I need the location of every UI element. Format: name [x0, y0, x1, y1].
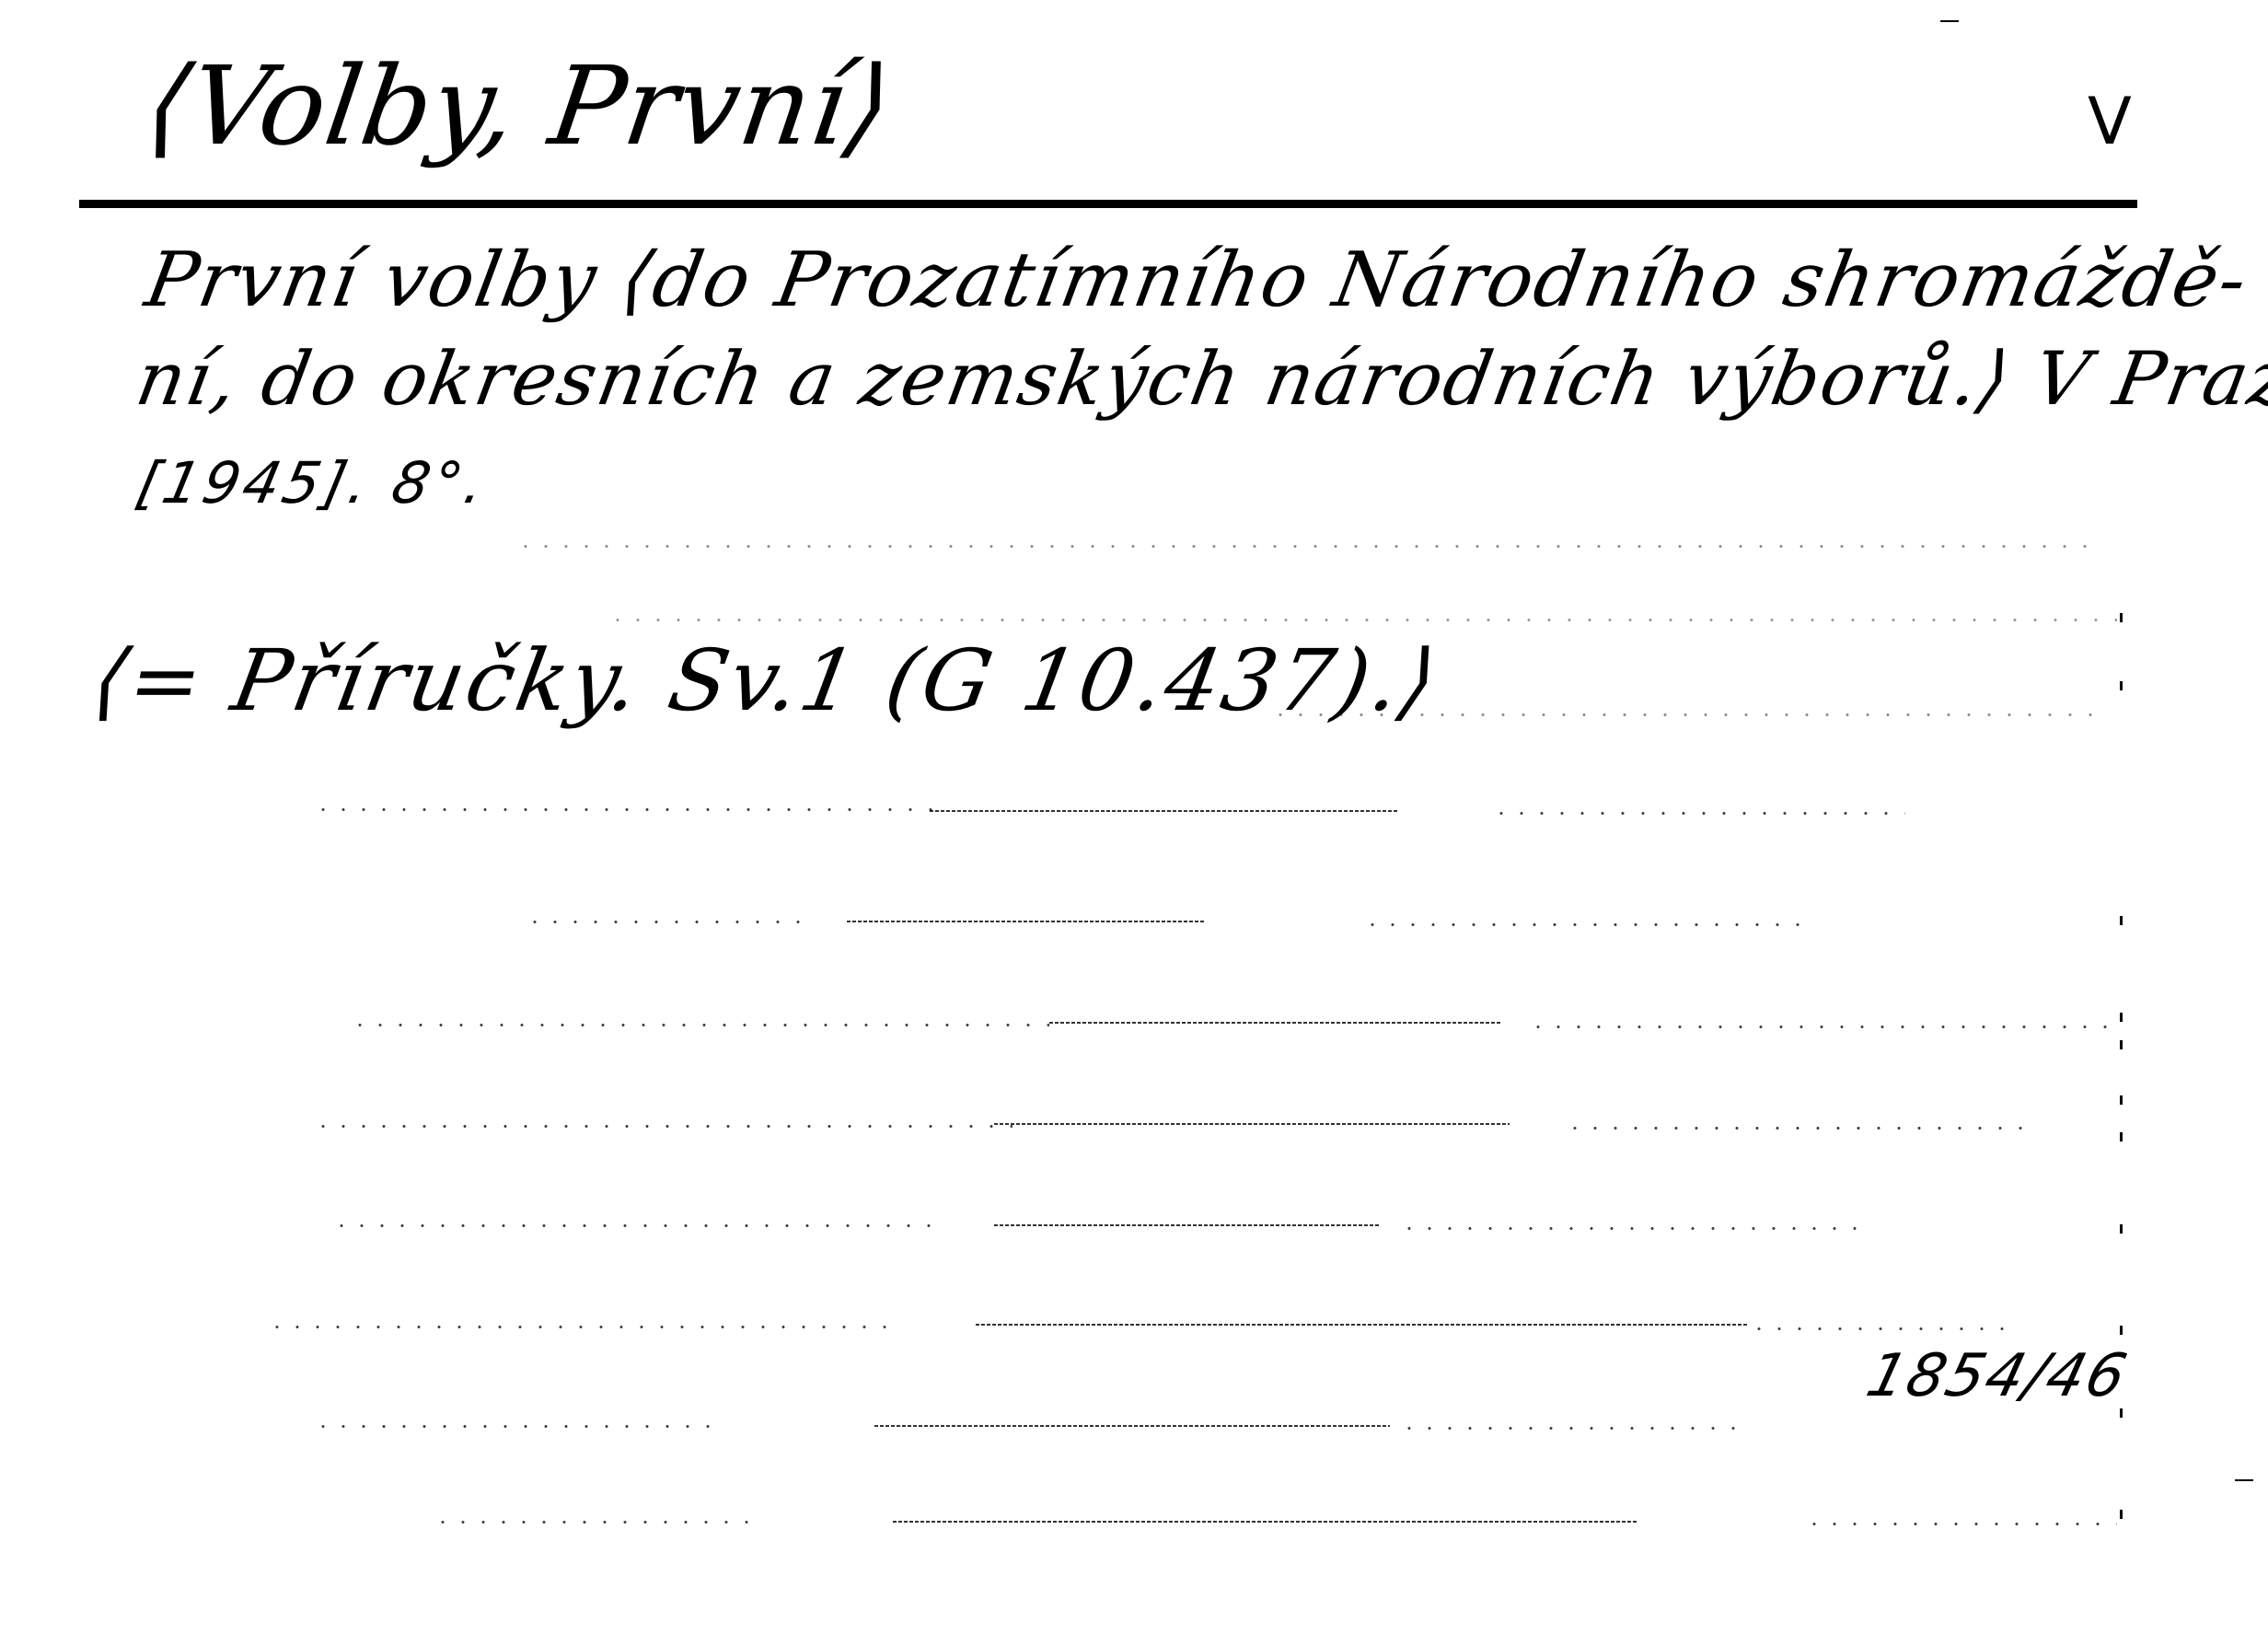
margin-mark	[2120, 681, 2123, 690]
margin-mark	[2120, 613, 2123, 622]
margin-mark	[2120, 916, 2123, 925]
dotted-rule	[607, 619, 2117, 621]
dotted-rule	[267, 1326, 893, 1328]
dotted-rule	[1399, 1227, 1859, 1230]
dotted-rule	[1270, 713, 2099, 716]
dotted-rule	[1804, 1523, 2117, 1525]
title-line-2: ní, do okresních a zemských národních vý…	[129, 329, 2268, 430]
margin-mark	[2120, 1013, 2123, 1022]
dashed-rule	[976, 1324, 1749, 1326]
title-line-1: První volby ⟨do Prozatímního Národního s…	[138, 230, 2256, 331]
margin-mark	[2120, 1132, 2123, 1141]
margin-mark	[2120, 1326, 2123, 1335]
margin-mark	[2120, 1408, 2123, 1418]
dashed-rule	[930, 810, 1399, 812]
dotted-rule	[515, 545, 2099, 548]
dotted-rule	[433, 1521, 764, 1524]
catalog-card: ⟨Volby, První⟩ V První volby ⟨do Prozatí…	[0, 0, 2268, 1634]
dashed-rule	[994, 1224, 1381, 1226]
scan-artifact	[1940, 20, 1959, 22]
dotted-rule	[1362, 923, 1804, 926]
dotted-rule	[1749, 1327, 2007, 1330]
dotted-rule	[313, 1425, 718, 1428]
dashed-rule	[893, 1521, 1638, 1523]
margin-mark	[2120, 1095, 2123, 1105]
dashed-rule	[994, 1123, 1510, 1125]
margin-mark	[2120, 1224, 2123, 1234]
dotted-rule	[313, 808, 948, 811]
dotted-rule	[1399, 1427, 1749, 1430]
series-note: ⟨= Příručky. Sv.1 (G 10.437).⟩	[85, 626, 1447, 736]
dotted-rule	[525, 921, 801, 923]
dotted-rule	[1491, 812, 1905, 815]
dashed-rule	[874, 1425, 1390, 1427]
dashed-rule	[1049, 1022, 1500, 1024]
dotted-rule	[350, 1024, 1049, 1026]
dotted-rule	[1528, 1026, 2117, 1028]
dotted-rule	[331, 1224, 939, 1227]
dotted-rule	[1565, 1127, 2025, 1130]
card-heading: ⟨Volby, První⟩	[138, 37, 900, 175]
dotted-rule	[313, 1125, 1012, 1128]
accession-number: 1854/46	[1859, 1339, 2135, 1413]
margin-mark	[2120, 1040, 2123, 1049]
dashed-rule	[847, 921, 1206, 922]
margin-mark	[2120, 1510, 2123, 1519]
check-mark: V	[2088, 85, 2133, 158]
heading-rule	[79, 200, 2137, 208]
imprint-line: [1945]. 8°.	[129, 442, 496, 525]
scan-artifact	[2235, 1479, 2253, 1481]
